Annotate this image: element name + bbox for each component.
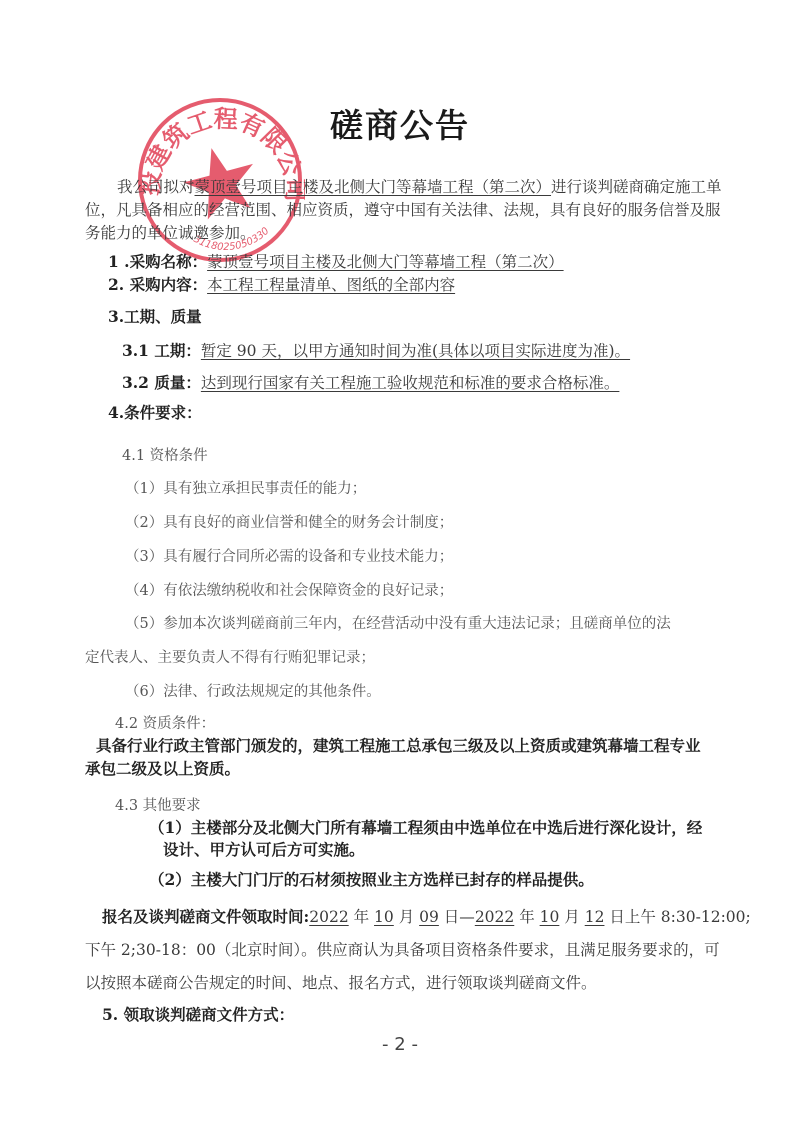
section-3-2-quality: 3.2 质量：达到现行国家有关工程施工验收规范和标准的要求合格标准。: [122, 372, 619, 394]
qualification-item-6: （6）法律、行政法规规定的其他条件。: [125, 680, 381, 701]
qualification-grade-line-2: 承包二级及以上资质。: [85, 757, 240, 779]
registration-time-line-2: 下午 2;30-18：00（北京时间）。供应商认为具备项目资格条件要求，且满足服…: [85, 939, 720, 961]
intro-line-2: 位，凡具备相应的经营范围、相应资质，遵守中国有关法律、法规，具有良好的服务信誉及…: [85, 199, 721, 221]
qualification-item-4: （4）有依法缴纳税收和社会保障资金的良好记录；: [125, 579, 453, 600]
start-month: 10: [374, 908, 394, 926]
qualification-item-5-cont: 定代表人、主要负责人不得有行贿犯罪记录；: [85, 646, 375, 667]
registration-time-line-3: 以按照本磋商公告规定的时间、地点、报名方式，进行领取谈判磋商文件。: [85, 972, 597, 994]
qualification-item-3: （3）具有履行合同所必需的设备和专业技术能力；: [125, 545, 453, 566]
section-4-3-heading: 4.3 其他要求: [115, 794, 201, 815]
section-1-procurement-name: 1 .采购名称：蒙顶壹号项目主楼及北侧大门等幕墙工程（第二次）: [108, 251, 564, 273]
intro-line-3: 务能力的单位诚邀参加。: [85, 222, 256, 244]
end-month: 10: [540, 908, 560, 926]
section-5-heading: 5. 领取谈判磋商文件方式：: [102, 1004, 294, 1026]
qualification-grade-line-1: 具备行业行政主管部门颁发的，建筑工程施工总承包三级及以上资质或建筑幕墙工程专业: [96, 734, 701, 756]
qualification-item-1: （1）具有独立承担民事责任的能力；: [125, 477, 366, 498]
registration-time-line-1: 报名及谈判磋商文件领取时间:2022 年 10 月 09 日—2022 年 10…: [102, 906, 751, 928]
start-year: 2022: [309, 908, 348, 926]
intro-line-1: 我公司拟对蒙顶壹号项目主楼及北侧大门等幕墙工程（第二次）进行谈判磋商确定施工单: [117, 176, 722, 198]
section-4-heading: 4.条件要求：: [108, 402, 202, 424]
qualification-item-5: （5）参加本次谈判磋商前三年内，在经营活动中没有重大违法记录；且磋商单位的法: [125, 612, 671, 633]
section-4-1-heading: 4.1 资格条件: [122, 444, 208, 465]
section-4-2-heading: 4.2 资质条件：: [115, 712, 215, 733]
end-year: 2022: [475, 908, 514, 926]
qualification-item-2: （2）具有良好的商业信誉和健全的财务会计制度；: [125, 511, 453, 532]
page-number: - 2 -: [0, 1034, 800, 1055]
other-requirement-2: （2）主楼大门门厅的石材须按照业主方选样已封存的样品提供。: [149, 868, 594, 890]
document-page: 投建筑工程有限公司 3118025050330 磋商公告 我公司拟对蒙顶壹号项目…: [0, 0, 800, 1131]
section-3-1-duration: 3.1 工期：暂定 90 天，以甲方通知时间为准(具体以项目实际进度为准)。: [122, 340, 630, 362]
end-day: 12: [585, 908, 605, 926]
page-title: 磋商公告: [0, 100, 800, 147]
other-requirement-1-line-2: 设计、甲方认可后方可实施。: [163, 838, 365, 860]
section-2-procurement-content: 2. 采购内容：本工程工程量清单、图纸的全部内容: [108, 274, 455, 296]
section-3-heading: 3.工期、质量: [108, 306, 202, 328]
project-name: 蒙顶壹号项目主楼及北侧大门等幕墙工程（第二次）: [195, 178, 552, 196]
other-requirement-1-line-1: （1）主楼部分及北侧大门所有幕墙工程须由中选单位在中选后进行深化设计，经: [149, 816, 702, 838]
start-day: 09: [419, 908, 439, 926]
